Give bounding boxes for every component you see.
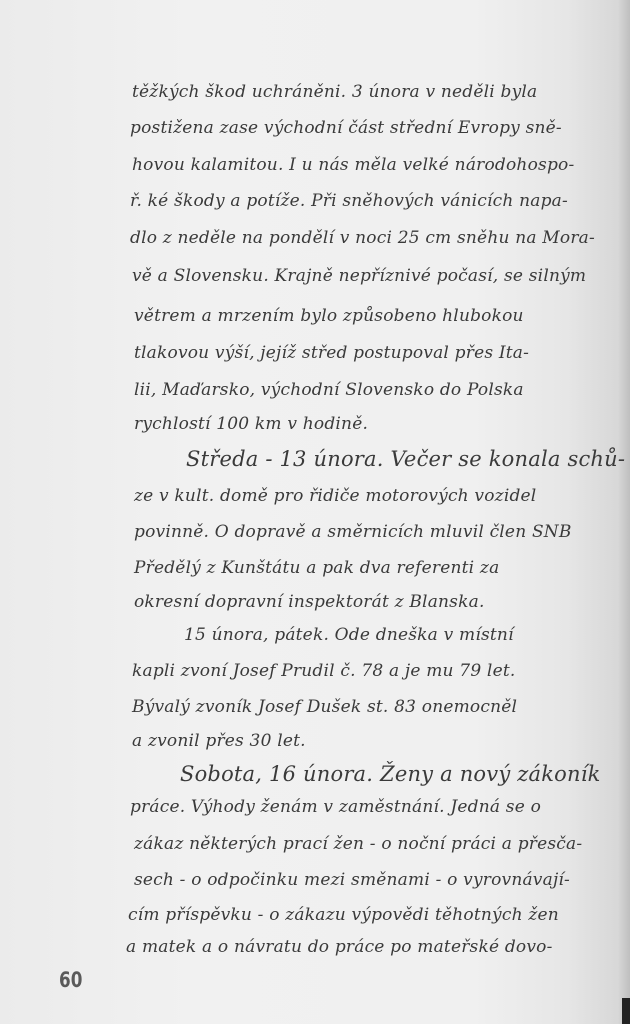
handwritten-text-block: těžkých škod uchráněni. 3 února v neděli… [0, 0, 630, 1024]
handwritten-line: dlo z neděle na pondělí v noci 25 cm sně… [130, 228, 595, 248]
handwritten-line: Předělý z Kunštátu a pak dva referenti z… [134, 558, 499, 578]
handwritten-line: lii, Maďarsko, východní Slovensko do Pol… [134, 380, 524, 400]
handwritten-line: sech - o odpočinku mezi směnami - o vyro… [134, 870, 570, 890]
handwritten-line: hovou kalamitou. I u nás měla velké náro… [132, 155, 574, 175]
handwritten-line: větrem a mrzením bylo způsobeno hlubokou [134, 306, 524, 326]
handwritten-line: práce. Výhody ženám v zaměstnání. Jedná … [130, 797, 541, 817]
entry-heading-wednesday: Středa - 13 února. Večer se konala schů- [186, 447, 625, 471]
handwritten-line: ř. ké škody a potíže. Při sněhových váni… [130, 191, 568, 211]
handwritten-line: povinně. O dopravě a směrnicích mluvil č… [134, 522, 572, 542]
handwritten-line: vě a Slovensku. Krajně nepříznivé počasí… [132, 266, 586, 286]
handwritten-line: postižena zase východní část střední Evr… [130, 118, 562, 138]
handwritten-line: Bývalý zvoník Josef Dušek st. 83 onemocn… [132, 697, 517, 717]
handwritten-line: cím příspěvku - o zákazu výpovědi těhotn… [128, 905, 559, 925]
handwritten-line: a matek a o návratu do práce po mateřské… [126, 937, 553, 957]
handwritten-line: těžkých škod uchráněni. 3 února v neděli… [132, 82, 537, 102]
handwritten-line: okresní dopravní inspektorát z Blanska. [134, 592, 485, 612]
scanned-page: těžkých škod uchráněni. 3 února v neděli… [0, 0, 630, 1024]
entry-heading-saturday: Sobota, 16 února. Ženy a nový zákoník [180, 762, 601, 786]
handwritten-line: rychlostí 100 km v hodině. [134, 414, 368, 434]
handwritten-line: ze v kult. domě pro řidiče motorových vo… [134, 486, 536, 506]
handwritten-line: tlakovou výší, jejíž střed postupoval př… [134, 343, 529, 363]
handwritten-line: a zvonil přes 30 let. [132, 731, 306, 751]
page-number: 60 [59, 968, 82, 992]
handwritten-line: kapli zvoní Josef Prudil č. 78 a je mu 7… [132, 661, 515, 681]
entry-heading-friday: 15 února, pátek. Ode dneška v místní [184, 625, 514, 645]
handwritten-line: zákaz některých prací žen - o noční prác… [134, 834, 582, 854]
